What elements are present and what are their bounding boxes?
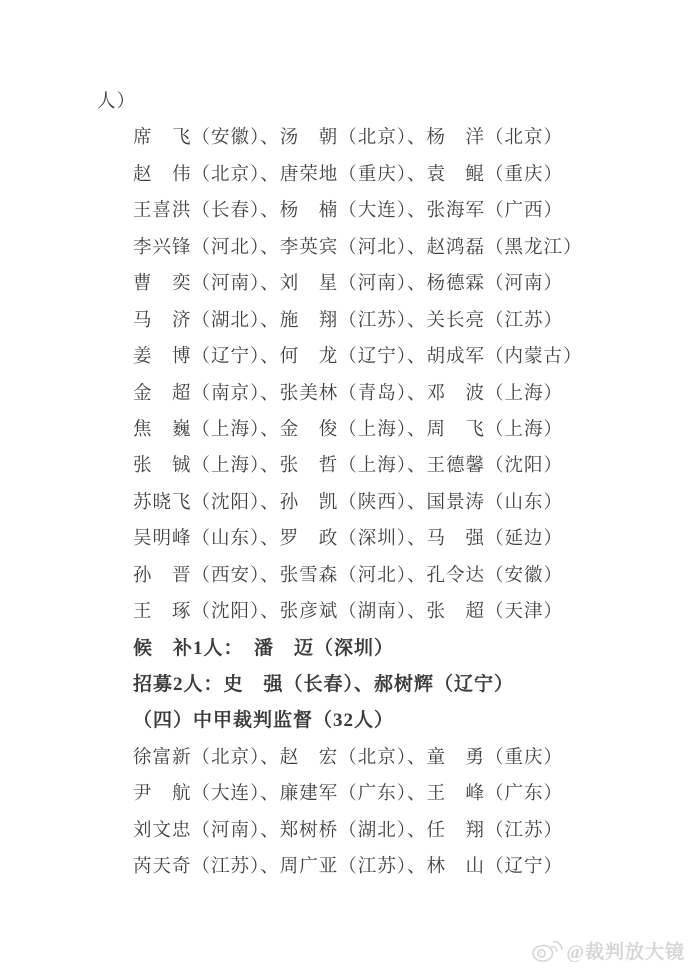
text-line: 苏晓飞（沈阳）、孙 凯（陕西）、国景涛（山东） (133, 485, 690, 521)
watermark: @裁判放大镜 (531, 937, 685, 964)
text-line: 尹 航（大连）、廉建军（广东）、王 峰（广东） (133, 776, 690, 812)
text-line-recruit-label: 招募2人：史 强（长春）、郝树辉（辽宁） (133, 667, 690, 703)
text-line: 姜 博（辽宁）、何 龙（辽宁）、胡成军（内蒙古） (133, 339, 690, 375)
weibo-icon (531, 938, 563, 964)
text-line: 孙 晋（西安）、张雪森（河北）、孔令达（安徽） (133, 558, 690, 594)
text-line: 曹 奕（河南）、刘 星（河南）、杨德霖（河南） (133, 266, 690, 302)
text-line: 席 飞（安徽）、汤 朝（北京）、杨 洋（北京） (133, 120, 690, 156)
section-heading: （四）中甲裁判监督（32人） (133, 703, 690, 739)
text-line-continuation: 人） (97, 84, 690, 120)
text-line: 吴明峰（山东）、罗 政（深圳）、马 强（延边） (133, 521, 690, 557)
document-page: 人） 席 飞（安徽）、汤 朝（北京）、杨 洋（北京） 赵 伟（北京）、唐荣地（重… (0, 0, 690, 976)
text-line: 张 铖（上海）、张 哲（上海）、王德馨（沈阳） (133, 448, 690, 484)
text-line-reserve-label: 候 补1人： 潘 迈（深圳） (133, 631, 690, 667)
watermark-text: @裁判放大镜 (566, 937, 685, 964)
text-line: 焦 巍（上海）、金 俊（上海）、周 飞（上海） (133, 412, 690, 448)
text-line: 赵 伟（北京）、唐荣地（重庆）、袁 鲲（重庆） (133, 157, 690, 193)
text-line: 徐富新（北京）、赵 宏（北京）、童 勇（重庆） (133, 740, 690, 776)
text-line: 刘文忠（河南）、郑树桥（湖北）、任 翔（江苏） (133, 813, 690, 849)
text-line: 金 超（南京）、张美林（青岛）、邓 波（上海） (133, 376, 690, 412)
text-line: 李兴锋（河北）、李英宾（河北）、赵鸿磊（黑龙江） (133, 230, 690, 266)
text-line: 芮天奇（江苏）、周广亚（江苏）、林 山（辽宁） (133, 849, 690, 885)
text-line: 王喜洪（长春）、杨 楠（大连）、张海军（广西） (133, 193, 690, 229)
document-body: 人） 席 飞（安徽）、汤 朝（北京）、杨 洋（北京） 赵 伟（北京）、唐荣地（重… (0, 84, 690, 886)
text-line: 王 琢（沈阳）、张彦斌（湖南）、张 超（天津） (133, 594, 690, 630)
text-line: 马 济（湖北）、施 翔（江苏）、关长亮（江苏） (133, 303, 690, 339)
